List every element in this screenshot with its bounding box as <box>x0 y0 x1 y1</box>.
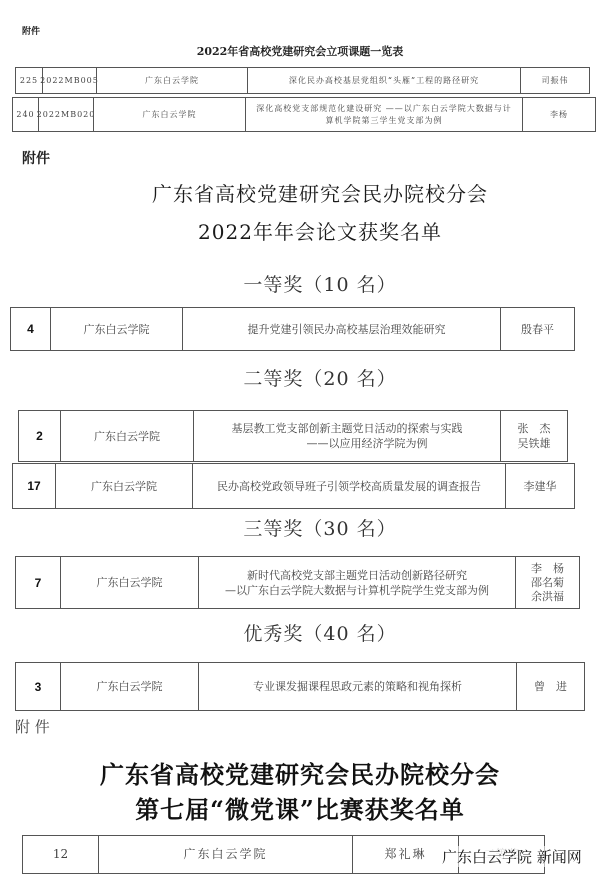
person-name: 司振伟 <box>520 68 590 93</box>
third-prize-heading: 三等奖（30 名） <box>20 514 600 541</box>
author-name: 余洪福 <box>531 590 564 604</box>
school-name: 广东白云学院 <box>96 68 247 93</box>
author-name: 曾 进 <box>516 663 585 710</box>
row-number: 3 <box>15 663 60 710</box>
attachment-label: 附 件 <box>15 716 50 737</box>
school-name: 广东白云学院 <box>55 464 192 508</box>
author-name: 李建华 <box>505 464 575 508</box>
table-row: 7 广东白云学院 新时代高校党支部主题党日活动创新路径研究 —以广东白云学院大数… <box>15 556 580 609</box>
paper-topic: 提升党建引领民办高校基层治理效能研究 <box>182 308 510 350</box>
table-row: 240 2022MB020 广东白云学院 深化高校党支部规范化建设研究 ——以广… <box>12 97 596 132</box>
first-prize-heading: 一等奖（10 名） <box>20 270 600 297</box>
row-number: 4 <box>10 308 50 350</box>
school-name: 广东白云学院 <box>60 411 193 461</box>
row-number: 225 <box>15 68 42 93</box>
author-names: 李 杨 邵名菊 余洪福 <box>515 557 580 608</box>
table-row: 225 2022MB005 广东白云学院 深化民办高校基层党组织“头雁”工程的路… <box>15 67 590 94</box>
attachment-label: 附件 <box>22 148 50 168</box>
project-code: 2022MB020 <box>38 98 93 131</box>
excellence-prize-heading: 优秀奖（40 名） <box>20 619 600 646</box>
micro-lecture-title-line-2: 第七届“微党课”比赛获奖名单 <box>0 790 600 825</box>
author-name: 邵名菊 <box>531 576 564 590</box>
paper-award-title-line-1: 广东省高校党建研究会民办院校分会 <box>20 178 600 207</box>
school-name: 广东白云学院 <box>98 836 352 873</box>
topic-line-2: —以广东白云学院大数据与计算机学院学生党支部为例 <box>225 583 489 598</box>
paper-award-title-line-2: 2022年年会论文获奖名单 <box>20 216 600 245</box>
project-code: 2022MB005 <box>42 68 96 93</box>
school-name: 广东白云学院 <box>50 308 182 350</box>
topic-line-1: 新时代高校党支部主题党日活动创新路径研究 <box>247 568 467 583</box>
paper-topic: 基层教工党支部创新主题党日活动的探索与实践 ——以应用经济学院为例 <box>193 411 500 461</box>
second-prize-heading: 二等奖（20 名） <box>20 364 600 391</box>
row-number: 12 <box>22 836 98 873</box>
paper-topic: 新时代高校党支部主题党日活动创新路径研究 —以广东白云学院大数据与计算机学院学生… <box>198 557 515 608</box>
topic-line-2: ——以应用经济学院为例 <box>267 436 428 451</box>
row-number: 17 <box>12 464 55 508</box>
row-number: 7 <box>15 557 60 608</box>
table-row: 17 广东白云学院 民办高校党政领导班子引领学校高质量发展的调查报告 李建华 <box>12 463 575 509</box>
row-number: 240 <box>12 98 38 131</box>
topic-line-2: 算机学院第三学生党支部为例 <box>326 115 443 127</box>
micro-lecture-title-line-1: 广东省高校党建研究会民办院校分会 <box>0 755 600 790</box>
paper-topic: 民办高校党政领导班子引领学校高质量发展的调查报告 <box>192 464 505 508</box>
row-number: 2 <box>18 411 60 461</box>
site-watermark: 广东白云学院 新闻网 <box>442 846 582 867</box>
attachment-label: 附件 <box>22 24 40 37</box>
author-name: 张 杰 <box>518 421 551 436</box>
table-row: 3 广东白云学院 专业课发掘课程思政元素的策略和视角探析 曾 进 <box>15 662 585 711</box>
project-list-title: 2022年省高校党建研究会立项课题一览表 <box>0 43 600 59</box>
paper-topic: 专业课发掘课程思政元素的策略和视角探析 <box>198 663 516 710</box>
table-row: 4 广东白云学院 提升党建引领民办高校基层治理效能研究 殷春平 <box>10 307 575 351</box>
project-topic: 深化高校党支部规范化建设研究 ——以广东白云学院大数据与计 算机学院第三学生党支… <box>245 98 522 131</box>
table-row: 2 广东白云学院 基层教工党支部创新主题党日活动的探索与实践 ——以应用经济学院… <box>18 410 568 462</box>
topic-line-1: 基层教工党支部创新主题党日活动的探索与实践 <box>232 421 463 436</box>
school-name: 广东白云学院 <box>60 557 198 608</box>
author-name: 殷春平 <box>500 308 575 350</box>
school-name: 广东白云学院 <box>93 98 245 131</box>
author-name: 李 杨 <box>531 562 564 576</box>
person-name: 李杨 <box>522 98 596 131</box>
author-name: 吴铁雄 <box>518 436 551 451</box>
topic-line-1: 深化高校党支部规范化建设研究 ——以广东白云学院大数据与计 <box>256 103 512 115</box>
project-topic: 深化民办高校基层党组织“头雁”工程的路径研究 <box>247 68 520 93</box>
author-names: 张 杰 吴铁雄 <box>500 411 568 461</box>
school-name: 广东白云学院 <box>60 663 198 710</box>
